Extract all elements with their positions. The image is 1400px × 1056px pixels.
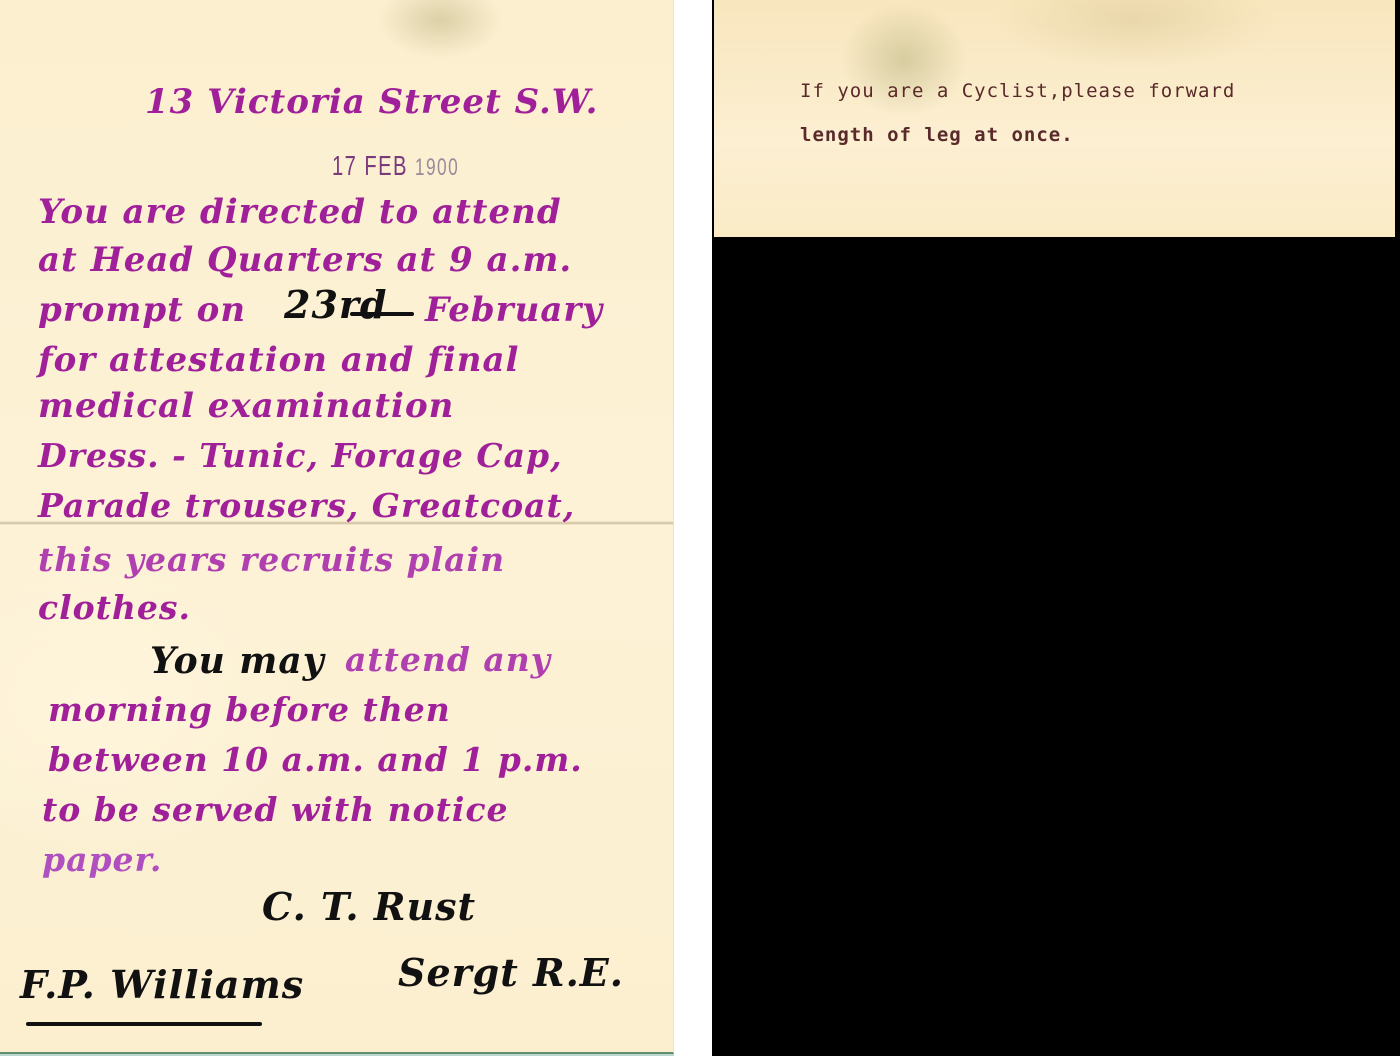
typed-line: length of leg at once.	[800, 124, 1074, 146]
letter-line: paper.	[42, 840, 162, 879]
letter-line: morning before then	[48, 690, 451, 729]
letter-line: for attestation and final	[38, 340, 519, 380]
typed-card: If you are a Cyclist,please forward leng…	[714, 0, 1395, 237]
rank: Sergt R.E.	[398, 950, 624, 995]
letter-line: between 10 a.m. and 1 p.m.	[48, 740, 583, 779]
date-stamp: 17 FEB 1900	[332, 150, 459, 182]
letter-line-black: You may	[150, 640, 325, 682]
stamp-day-month: 17 FEB	[332, 150, 408, 181]
recipient-underline	[26, 1022, 262, 1026]
letter-line: clothes.	[38, 588, 191, 627]
letter-line: February	[425, 290, 603, 330]
letter-line: prompt on	[38, 290, 246, 330]
letter-line: Parade trousers, Greatcoat,	[38, 486, 575, 525]
date-underline	[350, 312, 414, 316]
typed-line: If you are a Cyclist,please forward	[800, 80, 1235, 102]
letter-line: at Head Quarters at 9 a.m.	[38, 240, 572, 280]
letter-line: medical examination	[38, 386, 454, 426]
stamp-year: 1900	[415, 154, 459, 181]
signature: C. T. Rust	[262, 884, 476, 929]
address-line: 13 Victoria Street S.W.	[145, 82, 599, 122]
letter-line: attend any	[345, 640, 551, 679]
date-inserted: 23rd	[284, 282, 387, 327]
letter-line: to be served with notice	[42, 790, 509, 829]
letter-line: You are directed to attend	[38, 192, 562, 232]
handwritten-letter: 13 Victoria Street S.W. 17 FEB 1900 You …	[0, 0, 674, 1054]
recipient-signature: F.P. Williams	[20, 962, 304, 1007]
letter-line: this years recruits plain	[38, 540, 505, 579]
letter-line: Dress. - Tunic, Forage Cap,	[38, 436, 563, 475]
